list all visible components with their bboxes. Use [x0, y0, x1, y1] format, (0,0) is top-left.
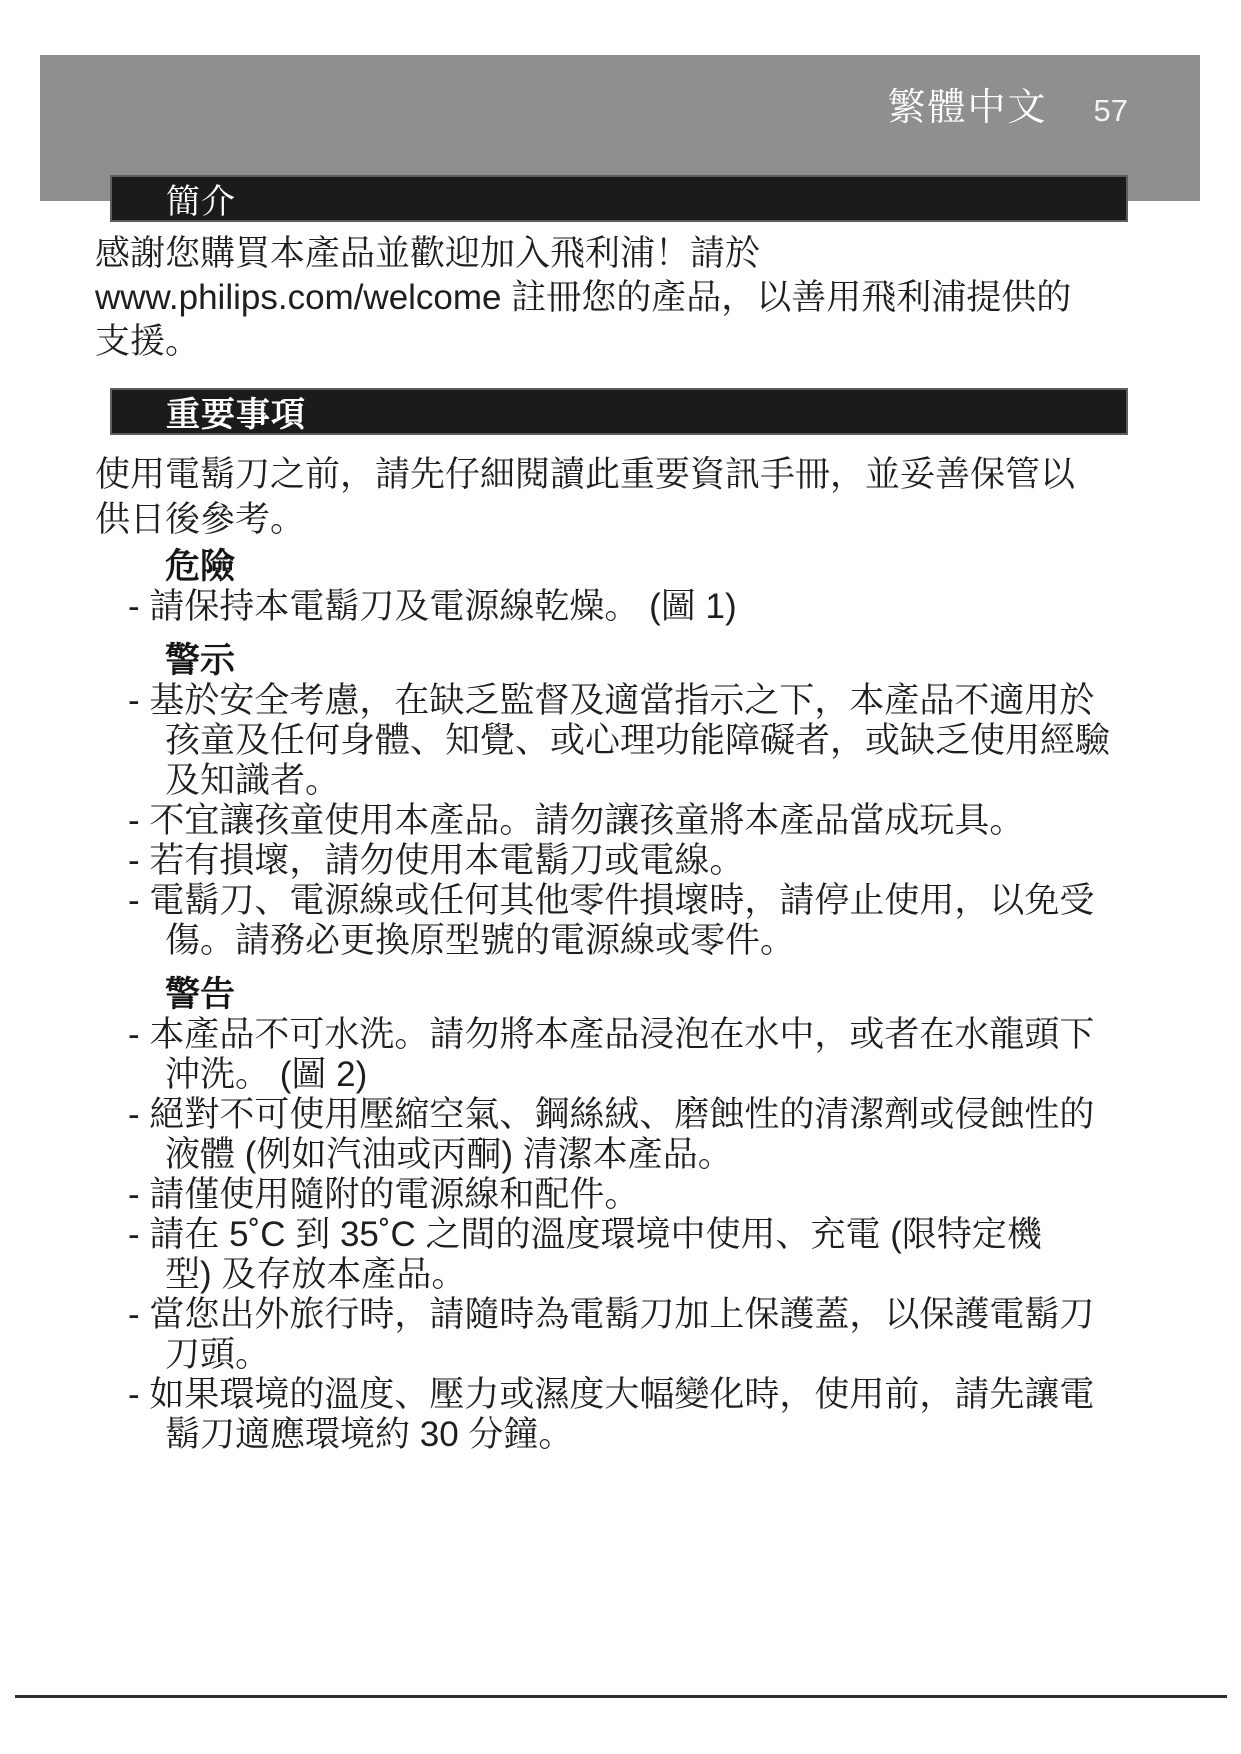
list-item-line: - 本產品不可水洗。請勿將本產品浸泡在水中，或者在水龍頭下	[165, 1015, 1134, 1055]
scan-artifact-line	[15, 1695, 1227, 1698]
text-line: 支援。	[95, 320, 1140, 364]
list-item: - 不宜讓孩童使用本產品。請勿讓孩童將本產品當成玩具。	[128, 801, 1134, 841]
list-item-line: 沖洗。 (圖 2)	[165, 1055, 1134, 1095]
list-item-line: - 當您出外旅行時，請隨時為電鬍刀加上保護蓋，以保護電鬍刀	[165, 1295, 1134, 1335]
caution-heading: 警告	[165, 975, 1134, 1015]
section-header-intro: 簡介	[110, 175, 1128, 222]
important-paragraph: 使用電鬍刀之前，請先仔細閱讀此重要資訊手冊，並妥善保管以 供日後參考。	[95, 452, 1140, 542]
intro-section-title: 簡介	[112, 174, 236, 223]
list-item-line: 傷。請務必更換原型號的電源線或零件。	[165, 921, 1134, 961]
text-line: 供日後參考。	[95, 497, 1140, 542]
language-label: 繁體中文	[888, 85, 1048, 131]
list-item-line: - 請僅使用隨附的電源線和配件。	[165, 1175, 1134, 1215]
list-item: - 請保持本電鬍刀及電源線乾燥。 (圖 1)	[128, 587, 1134, 627]
list-item-line: - 請保持本電鬍刀及電源線乾燥。 (圖 1)	[165, 587, 1134, 627]
list-item-line: 鬍刀適應環境約 30 分鐘。	[165, 1415, 1134, 1455]
list-item: - 當您出外旅行時，請隨時為電鬍刀加上保護蓋，以保護電鬍刀 刀頭。	[128, 1295, 1134, 1375]
list-item: - 電鬍刀、電源線或任何其他零件損壞時，請停止使用，以免受 傷。請務必更換原型號…	[128, 881, 1134, 961]
list-item: - 本產品不可水洗。請勿將本產品浸泡在水中，或者在水龍頭下 沖洗。 (圖 2)	[128, 1015, 1134, 1095]
warning-heading: 警示	[165, 641, 1134, 681]
text-line: 使用電鬍刀之前，請先仔細閱讀此重要資訊手冊，並妥善保管以	[95, 452, 1140, 497]
list-item: - 請在 5˚C 到 35˚C 之間的溫度環境中使用、充電 (限特定機 型) 及…	[128, 1215, 1134, 1295]
list-item-line: - 請在 5˚C 到 35˚C 之間的溫度環境中使用、充電 (限特定機	[165, 1215, 1134, 1255]
list-item-line: - 基於安全考慮，在缺乏監督及適當指示之下，本產品不適用於	[165, 681, 1134, 721]
important-section-title: 重要事項	[112, 387, 306, 436]
text-line: www.philips.com/welcome 註冊您的產品，以善用飛利浦提供的	[95, 276, 1140, 320]
danger-heading: 危險	[165, 547, 1134, 587]
page-number: 57	[1094, 88, 1128, 134]
list-item-line: - 絕對不可使用壓縮空氣、鋼絲絨、磨蝕性的清潔劑或侵蝕性的	[165, 1095, 1134, 1135]
list-item: - 請僅使用隨附的電源線和配件。	[128, 1175, 1134, 1215]
list-item: - 如果環境的溫度、壓力或濕度大幅變化時，使用前，請先讓電 鬍刀適應環境約 30…	[128, 1375, 1134, 1455]
list-item: - 絕對不可使用壓縮空氣、鋼絲絨、磨蝕性的清潔劑或侵蝕性的 液體 (例如汽油或丙…	[128, 1095, 1134, 1175]
list-item-line: - 如果環境的溫度、壓力或濕度大幅變化時，使用前，請先讓電	[165, 1375, 1134, 1415]
list-item-line: 刀頭。	[165, 1335, 1134, 1375]
section-header-important: 重要事項	[110, 388, 1128, 435]
list-item-line: - 電鬍刀、電源線或任何其他零件損壞時，請停止使用，以免受	[165, 881, 1134, 921]
list-item-line: - 不宜讓孩童使用本產品。請勿讓孩童將本產品當成玩具。	[165, 801, 1134, 841]
list-item-line: 液體 (例如汽油或丙酮) 清潔本產品。	[165, 1135, 1134, 1175]
text-line: 感謝您購買本產品並歡迎加入飛利浦！請於	[95, 232, 1140, 276]
list-item-line: - 若有損壞，請勿使用本電鬍刀或電線。	[165, 841, 1134, 881]
list-item: - 基於安全考慮，在缺乏監督及適當指示之下，本產品不適用於 孩童及任何身體、知覺…	[128, 681, 1134, 801]
list-item-line: 及知識者。	[165, 761, 1134, 801]
list-item-line: 型) 及存放本產品。	[165, 1255, 1134, 1295]
list-item-line: 孩童及任何身體、知覺、或心理功能障礙者，或缺乏使用經驗	[165, 721, 1134, 761]
list-item: - 若有損壞，請勿使用本電鬍刀或電線。	[128, 841, 1134, 881]
intro-paragraph: 感謝您購買本產品並歡迎加入飛利浦！請於 www.philips.com/welc…	[95, 232, 1140, 364]
safety-list: 危險 - 請保持本電鬍刀及電源線乾燥。 (圖 1) 警示 - 基於安全考慮，在缺…	[128, 547, 1134, 1455]
